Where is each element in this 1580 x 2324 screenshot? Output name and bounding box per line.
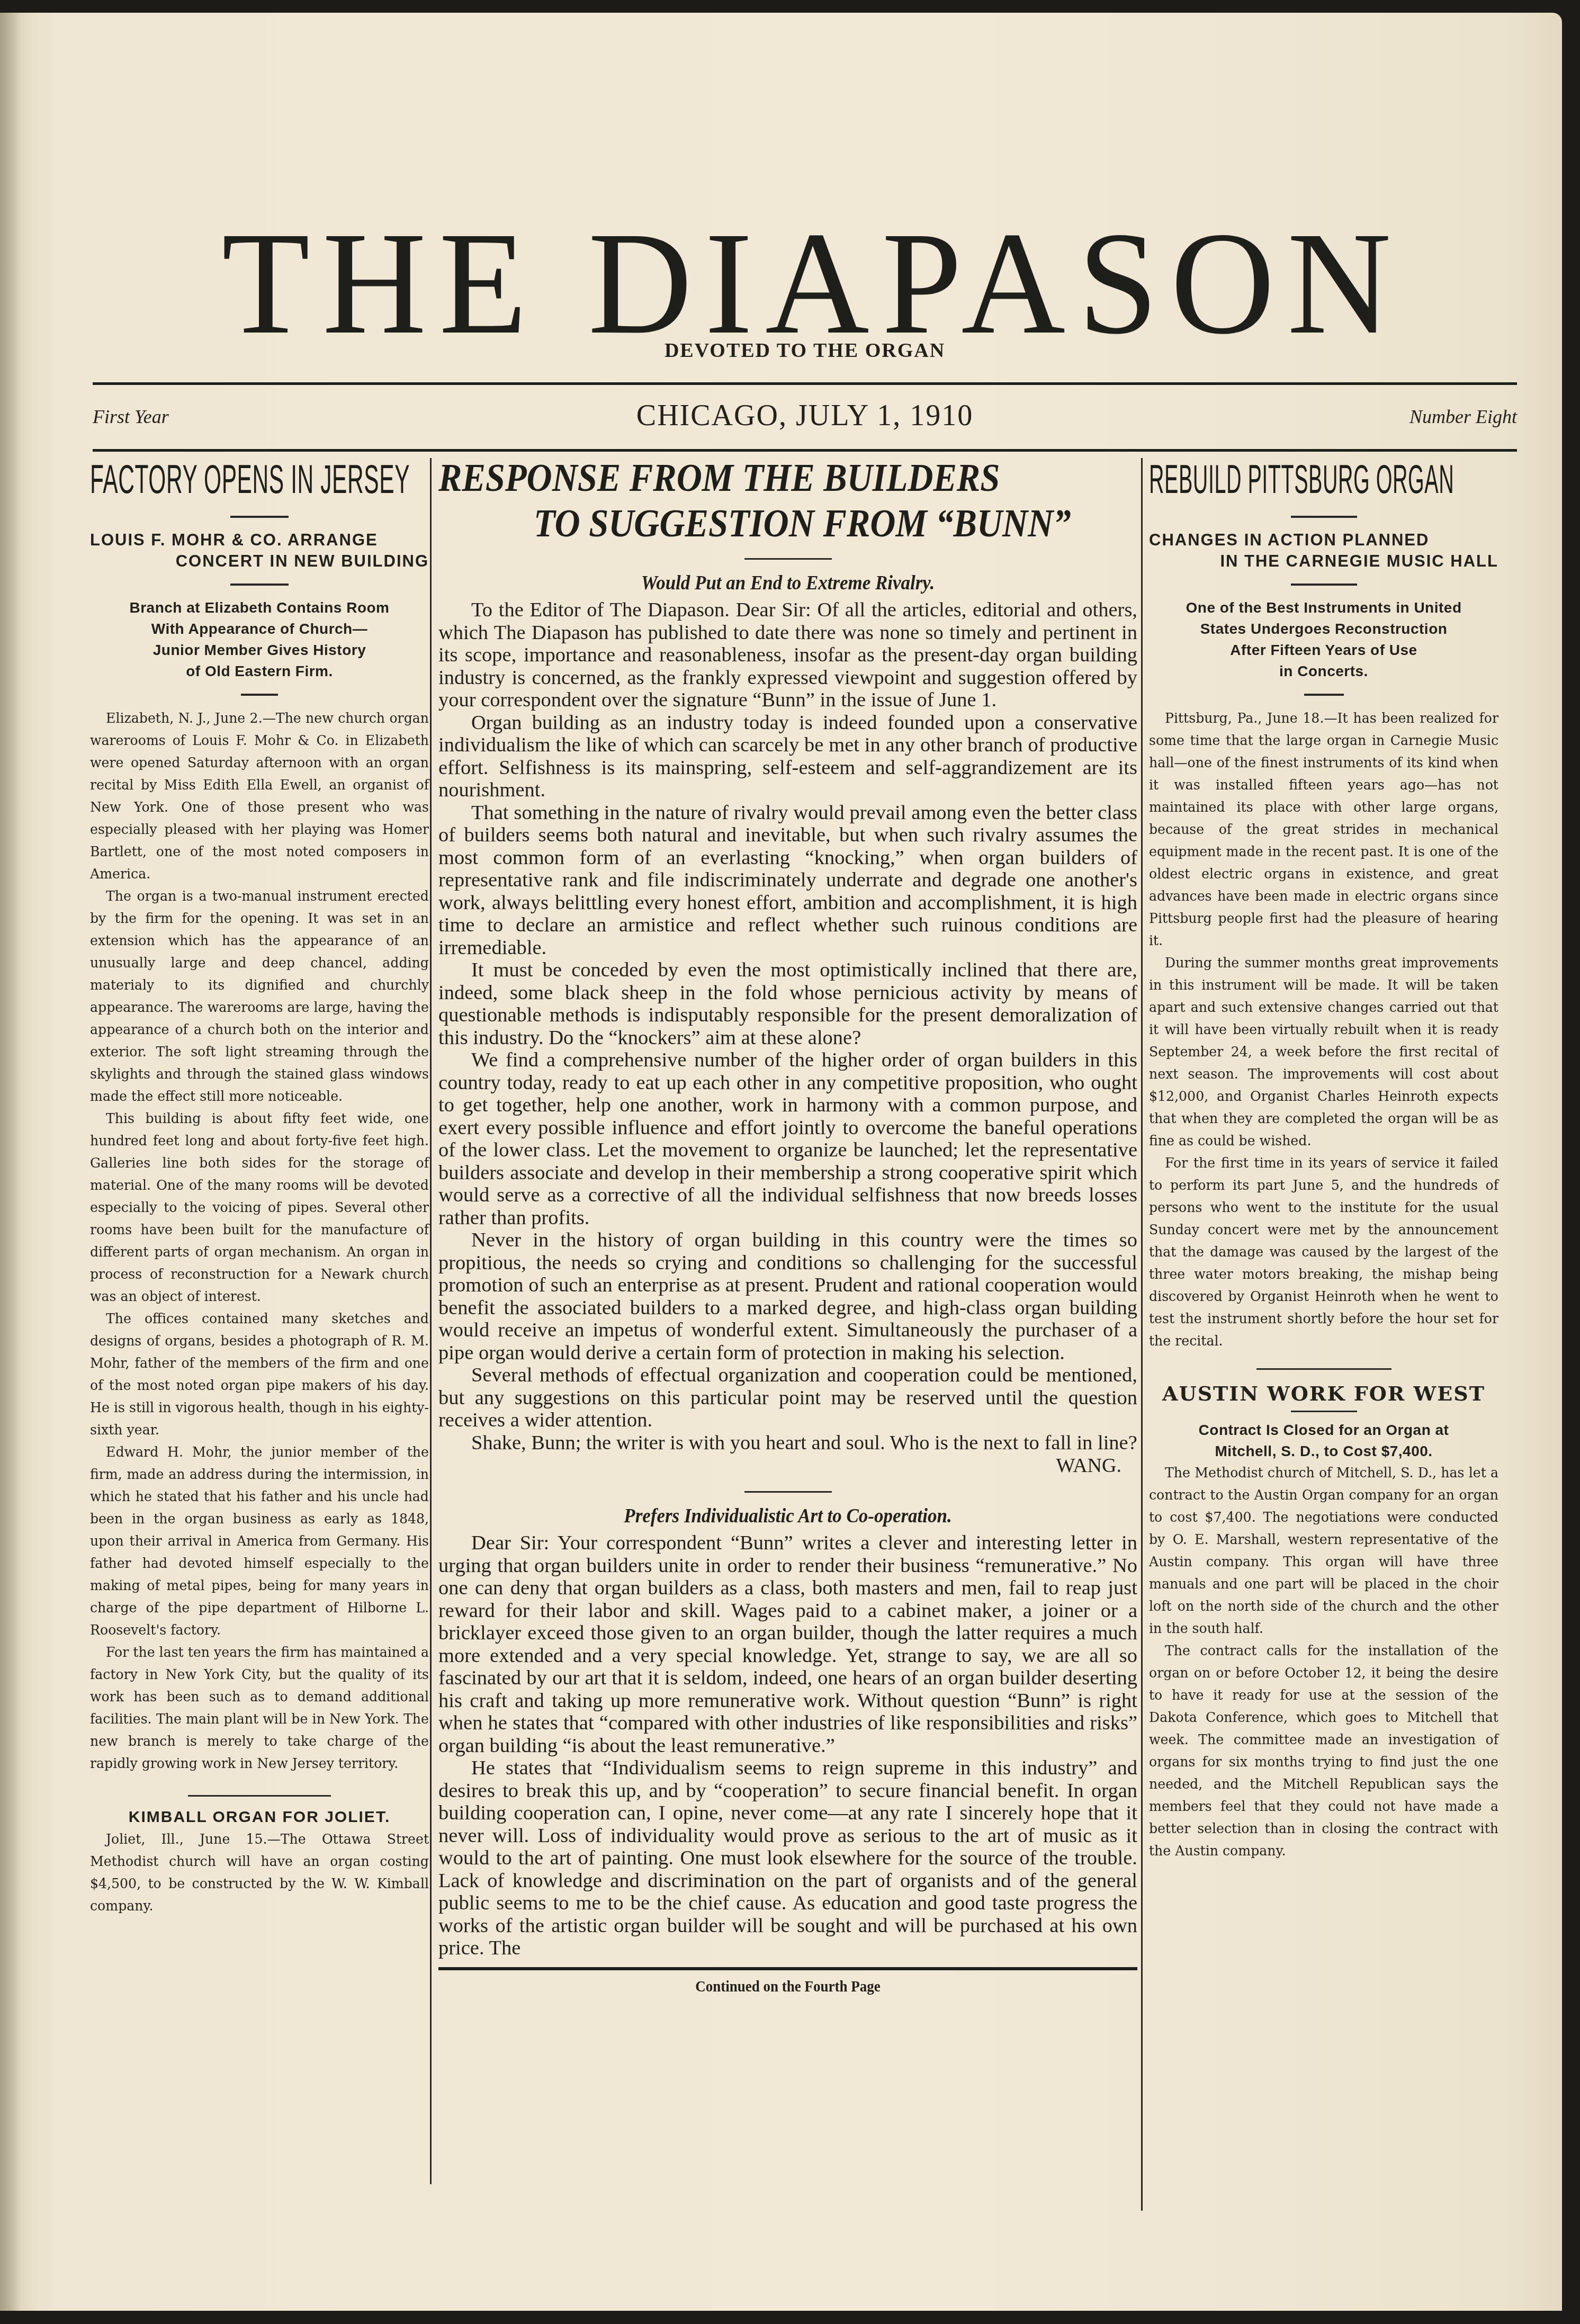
paragraph: To the Editor of The Diapason. Dear Sir:… xyxy=(438,599,1137,712)
divider xyxy=(1291,584,1357,586)
paragraph: Joliet, Ill., June 15.—The Ottawa Street… xyxy=(90,1828,429,1917)
deck-line: LOUIS F. MOHR & CO. ARRANGE xyxy=(90,530,429,551)
divider xyxy=(1256,1368,1392,1370)
divider xyxy=(438,1967,1137,1970)
divider xyxy=(230,516,289,518)
letter-subhead: Would Put an End to Extreme Rivalry. xyxy=(466,571,1109,595)
deck-line: After Fifteen Years of Use xyxy=(1149,640,1498,661)
continued-link[interactable]: Continued on the Fourth Page xyxy=(473,1978,1102,1996)
paragraph: The offices contained many sketches and … xyxy=(90,1308,429,1441)
column-divider-right xyxy=(1141,458,1143,2211)
dateline: CHICAGO, JULY 1, 1910 xyxy=(93,399,1517,433)
binding-shadow xyxy=(0,13,21,2311)
deck-line: Contract Is Closed for an Organ at xyxy=(1149,1420,1498,1441)
masthead-rule-bottom xyxy=(93,449,1517,452)
paragraph: Edward H. Mohr, the junior member of the… xyxy=(90,1441,429,1641)
deck-line: Junior Member Gives History xyxy=(90,640,429,661)
tagline: DEVOTED TO THE ORGAN xyxy=(93,339,1517,362)
deck-line: IN THE CARNEGIE MUSIC HALL xyxy=(1149,551,1498,572)
divider xyxy=(1291,1411,1357,1412)
paragraph: The contract calls for the installation … xyxy=(1149,1640,1498,1862)
left-column: FACTORY OPENS IN JERSEY LOUIS F. MOHR & … xyxy=(90,455,429,1917)
paragraph: During the summer months great improveme… xyxy=(1149,952,1498,1152)
deck-line: With Appearance of Church— xyxy=(90,618,429,640)
signature-line: WANG. xyxy=(438,1454,1137,1477)
article-headline: RESPONSE FROM THE BUILDERS TO SUGGESTION… xyxy=(438,455,1134,546)
paragraph: Pittsburg, Pa., June 18.—It has been rea… xyxy=(1149,707,1498,952)
article-body: The Methodist church of Mitchell, S. D.,… xyxy=(1149,1462,1498,1862)
deck-line: CHANGES IN ACTION PLANNED xyxy=(1149,530,1498,551)
issue-number: Number Eight xyxy=(1410,406,1517,428)
middle-column: RESPONSE FROM THE BUILDERS TO SUGGESTION… xyxy=(438,455,1137,1996)
divider xyxy=(188,1795,331,1797)
paragraph: The organ is a two-manual instrument ere… xyxy=(90,885,429,1108)
paragraph: Organ building as an industry today is i… xyxy=(438,712,1137,802)
deck-line: One of the Best Instruments in United xyxy=(1149,597,1498,618)
paragraph: Several methods of effectual organizatio… xyxy=(438,1364,1137,1432)
dateline-bar: First Year CHICAGO, JULY 1, 1910 Number … xyxy=(93,396,1517,433)
article-headline: REBUILD PITTSBURG ORGAN xyxy=(1149,455,1498,504)
paragraph: Shake, Bunn; the writer is with you hear… xyxy=(438,1432,1137,1455)
masthead-rule-top xyxy=(93,382,1517,385)
letter-body: Dear Sir: Your correspondent “Bunn” writ… xyxy=(438,1532,1137,1960)
paragraph: The Methodist church of Mitchell, S. D.,… xyxy=(1149,1462,1498,1640)
article-headline: AUSTIN WORK FOR WEST xyxy=(1149,1381,1498,1405)
divider xyxy=(744,1491,832,1493)
paragraph: For the last ten years the firm has main… xyxy=(90,1641,429,1775)
deck-line: States Undergoes Reconstruction xyxy=(1149,618,1498,640)
brief-headline: KIMBALL ORGAN FOR JOLIET. xyxy=(90,1808,429,1826)
divider xyxy=(1304,694,1344,696)
paragraph: This building is about fifty feet wide, … xyxy=(90,1108,429,1308)
right-column: REBUILD PITTSBURG ORGAN CHANGES IN ACTIO… xyxy=(1149,455,1498,1862)
column-divider-left xyxy=(430,458,432,2184)
letter-subhead: Prefers Individualistic Art to Co-operat… xyxy=(466,1504,1109,1528)
paragraph: It must be conceded by even the most opt… xyxy=(438,959,1137,1049)
divider xyxy=(241,694,278,696)
paragraph: Never in the history of organ building i… xyxy=(438,1229,1137,1364)
divider xyxy=(744,558,832,560)
brief-body: Joliet, Ill., June 15.—The Ottawa Street… xyxy=(90,1828,429,1917)
article-headline: FACTORY OPENS IN JERSEY xyxy=(90,455,431,504)
article-body: Elizabeth, N. J., June 2.—The new church… xyxy=(90,707,429,1775)
letter-body: To the Editor of The Diapason. Dear Sir:… xyxy=(438,599,1137,1477)
paragraph: For the first time in its years of servi… xyxy=(1149,1152,1498,1352)
headline-line: TO SUGGESTION FROM “BUNN” xyxy=(438,501,1134,546)
paragraph: We find a comprehensive number of the hi… xyxy=(438,1049,1137,1229)
headline-line: RESPONSE FROM THE BUILDERS xyxy=(438,456,1000,500)
deck-line: Mitchell, S. D., to Cost $7,400. xyxy=(1149,1441,1498,1462)
deck-line: of Old Eastern Firm. xyxy=(90,661,429,682)
paragraph: That something in the nature of rivalry … xyxy=(438,802,1137,959)
divider xyxy=(1291,516,1357,518)
deck-line: in Concerts. xyxy=(1149,661,1498,682)
signature: WANG. xyxy=(1056,1454,1121,1477)
deck-line: Branch at Elizabeth Contains Room xyxy=(90,597,429,618)
divider xyxy=(230,584,289,586)
paragraph: Dear Sir: Your correspondent “Bunn” writ… xyxy=(438,1532,1137,1757)
paragraph: He states that “Individualism seems to r… xyxy=(438,1757,1137,1960)
article-body: Pittsburg, Pa., June 18.—It has been rea… xyxy=(1149,707,1498,1352)
deck-line: CONCERT IN NEW BUILDING xyxy=(90,551,429,572)
paragraph: Elizabeth, N. J., June 2.—The new church… xyxy=(90,707,429,885)
